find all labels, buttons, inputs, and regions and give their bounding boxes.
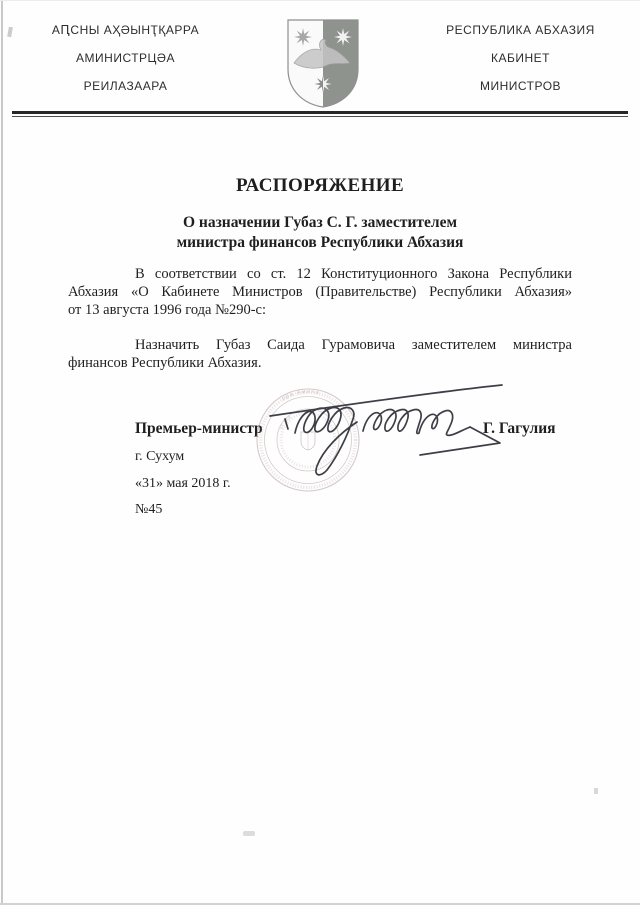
letterhead-russian-line: МИНИСТРОВ (433, 72, 608, 100)
body-line: Назначить Губаз Саида Гурамовича замести… (68, 336, 572, 354)
letterhead-abkhaz-line: АМИНИСТРЦӘА (28, 44, 223, 72)
scan-edge-left (1, 0, 3, 905)
handwritten-signature-icon (255, 375, 555, 485)
letterhead-russian-line: КАБИНЕТ (433, 44, 608, 72)
letterhead-abkhaz: АԤСНЫ АҲӘЫНҬҚАРРА АМИНИСТРЦӘА РЕИЛАЗААРА (28, 16, 223, 100)
footer-city: г. Сухум (135, 449, 184, 465)
scan-artifact (7, 27, 13, 38)
letterhead-abkhaz-line: РЕИЛАЗААРА (28, 72, 223, 100)
signer-role: Премьер-министр (135, 420, 263, 438)
scan-artifact (594, 788, 598, 794)
letterhead-russian-line: РЕСПУБЛИКА АБХАЗИЯ (433, 16, 608, 44)
scanned-document-page: АԤСНЫ АҲӘЫНҬҚАРРА АМИНИСТРЦӘА РЕИЛАЗААРА… (0, 0, 640, 905)
scan-edge-top (0, 0, 640, 1)
body-line: от 13 августа 1996 года №290-с: (68, 301, 572, 319)
document-subject-line: министра финансов Республики Абхазия (68, 233, 572, 253)
body-paragraph-appointment: Назначить Губаз Саида Гурамовича замести… (68, 336, 572, 372)
letterhead-russian: РЕСПУБЛИКА АБХАЗИЯ КАБИНЕТ МИНИСТРОВ (433, 16, 608, 100)
footer-document-number: №45 (135, 502, 162, 518)
letterhead-divider-rule (12, 111, 628, 117)
body-line: Абхазия «О Кабинете Министров (Правитель… (68, 283, 572, 301)
body-line: В соответствии со ст. 12 Конституционног… (68, 265, 572, 283)
scan-artifact (243, 831, 255, 836)
coat-of-arms-icon (284, 17, 362, 110)
letterhead-abkhaz-line: АԤСНЫ АҲӘЫНҬҚАРРА (28, 16, 223, 44)
body-line: финансов Республики Абхазия. (68, 354, 572, 372)
document-subject-line: О назначении Губаз С. Г. заместителем (68, 213, 572, 233)
document-subject: О назначении Губаз С. Г. заместителем ми… (68, 213, 572, 252)
document-title: РАСПОРЯЖЕНИЕ (68, 175, 572, 197)
body-paragraph-legal-basis: В соответствии со ст. 12 Конституционног… (68, 265, 572, 319)
footer-date: «31» мая 2018 г. (135, 476, 231, 492)
